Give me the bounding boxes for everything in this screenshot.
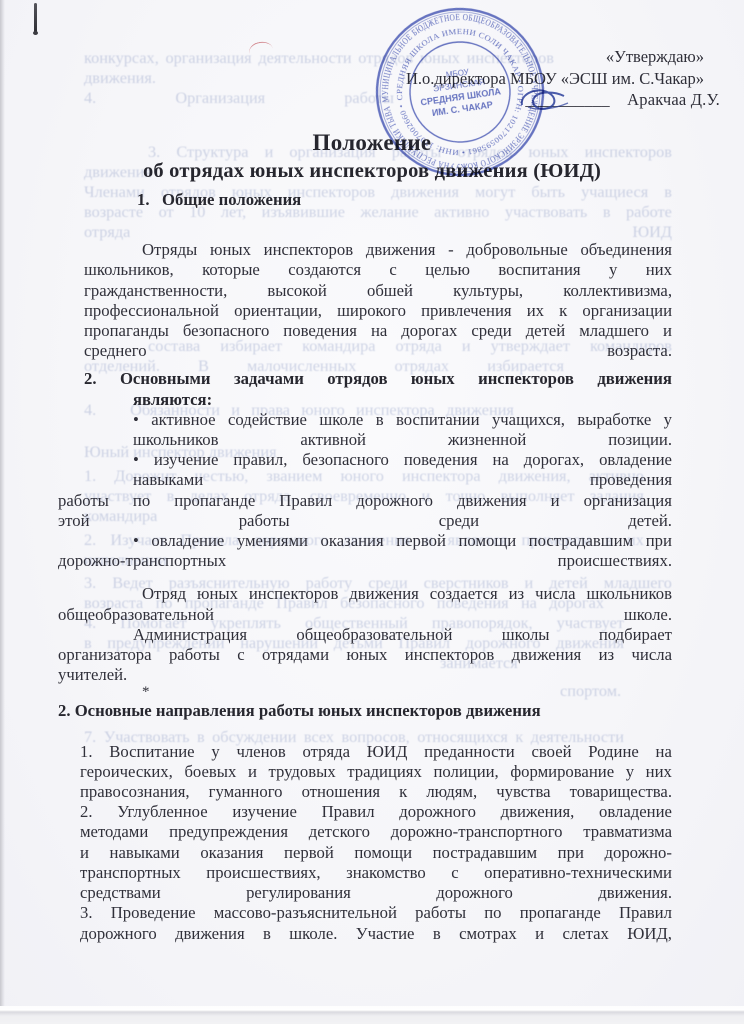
document-lines: 1. Общие положенияОтрядыюныхинспекторовд… (0, 190, 744, 944)
doc-line: правосознания,гуманногоотношенияклюдям,ч… (80, 782, 672, 802)
doc-line: организатораработысотрядамиюныхинспектор… (58, 645, 672, 665)
doc-line: методамипредупреждениядетскогодорожно-тр… (80, 822, 672, 842)
doc-line: Администрацияобщеобразовательнойшколыпод… (133, 625, 672, 645)
doc-line: Отрядюныхинспекторовдвижениясоздаетсяизч… (142, 584, 672, 604)
school-seal-stamp: МУНИЦИПАЛЬНОЕ БЮДЖЕТНОЕ ОБЩЕОБРАЗОВАТЕЛЬ… (361, 0, 560, 191)
doc-line: 1. Общие положения (137, 190, 672, 210)
spacer (610, 90, 627, 109)
doc-line: •изучениеправил,безопасногоповедениянадо… (133, 450, 672, 470)
doc-line: 2. Основные направления работы юных инсп… (58, 701, 672, 721)
doc-line: 2.УглубленноеизучениеПравилдорожногодвиж… (80, 802, 672, 822)
doc-line: работыпопропагандеПравилдорожногодвижени… (58, 491, 672, 511)
doc-line: школьниковактивнойжизненнойпозиции. (133, 430, 672, 450)
doc-line: пропагандыбезопасногоповедениянадорогахс… (84, 321, 672, 341)
doc-line: гражданственности,высокойобшейкультуры,к… (84, 281, 672, 301)
doc-line: навыкамипроведения (133, 470, 672, 490)
doc-line: инавыкамиоказанияпервойпомощипострадавши… (80, 843, 672, 863)
doc-line: дорожногодвижениявшколе.Участиевсмотрахи… (80, 924, 672, 944)
approval-name: Аракчаа Д.У. (627, 90, 720, 109)
doc-line: героических,боевыхитрудовыхтрадицияхполи… (80, 762, 672, 782)
doc-line: являются: (133, 390, 672, 410)
doc-line: •овладениеумениямиоказанияпервойпомощипо… (133, 531, 672, 551)
doc-line: 1.ВоспитаниеучленовотрядаЮИДпреданностис… (80, 742, 672, 762)
doc-line: учителей. (58, 665, 672, 685)
doc-line: этойработысредидетей. (58, 511, 672, 531)
doc-line: 2.Основнымизадачамиотрядовюныхинспекторо… (84, 369, 672, 389)
doc-line: профессиональнойориентации,широкогопривл… (84, 301, 672, 321)
doc-line: Отрядыюныхинспекторовдвижения-добровольн… (142, 240, 672, 260)
doc-line: •активноесодействиешколеввоспитанииучащи… (133, 410, 672, 430)
scanned-page: конкурсах,организациядеятельностиотрядов… (0, 0, 744, 1024)
title-block: Положение об отрядах юных инспекторов дв… (0, 130, 744, 183)
page-subtitle: об отрядах юных инспекторов движения (ЮИ… (0, 160, 744, 183)
page-title: Положение (0, 130, 744, 156)
doc-line: среднеговозраста. (84, 341, 672, 361)
bleed-through-line: движения. (84, 68, 184, 87)
bleed-through-line: 4.Организацияработы (84, 88, 394, 107)
doc-line: средствамирегулированиядорожногодвижения… (80, 883, 672, 903)
doc-line: общеобразовательнойшколе. (58, 605, 672, 625)
doc-line: дорожно-транспортныхпроисшествиях. (58, 551, 672, 571)
doc-line: транспортныхпроисшествиях,знакомствосопе… (80, 863, 672, 883)
doc-line: 3.Проведениемассово-разъяснительнойработ… (80, 903, 672, 923)
doc-line: * (142, 685, 672, 699)
doc-line: школьников,которыесоздаютсясцельювоспита… (84, 260, 672, 280)
